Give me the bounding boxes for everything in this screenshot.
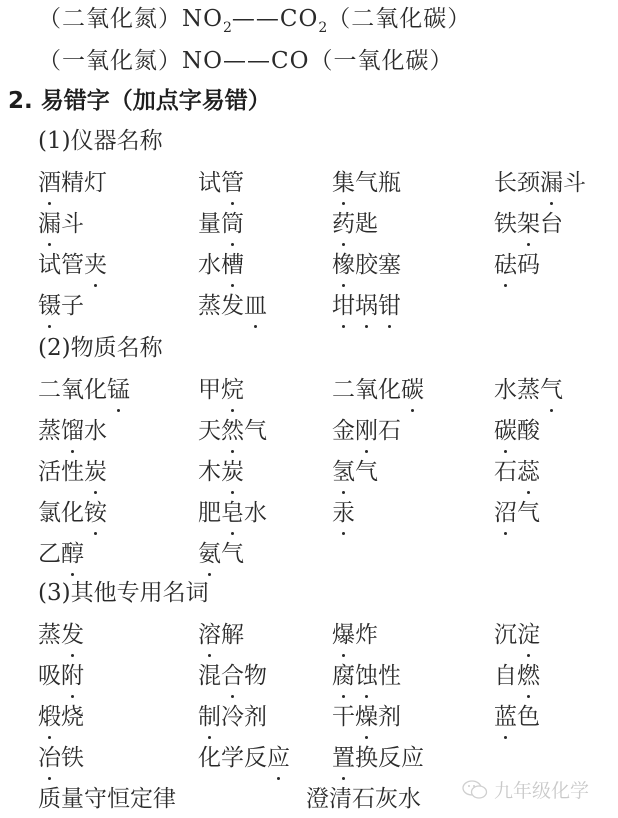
term: 自燃 [494, 661, 540, 691]
char: 蒸 [38, 620, 61, 650]
term: 氨气 [198, 539, 244, 569]
term: 二氧化锰 [38, 375, 130, 405]
term-row: 二氧化锰甲烷二氧化碳水蒸气 [38, 375, 618, 415]
term: 质量守恒定律 [38, 784, 176, 814]
char: 化 [198, 743, 221, 773]
dotted-char: 钳 [378, 291, 401, 321]
watermark: 九年级化学 [462, 776, 589, 803]
term: 化学反应 [198, 743, 290, 773]
char: 清 [329, 784, 352, 814]
char: 塞 [378, 250, 401, 280]
dotted-char: 炭 [221, 457, 244, 487]
dotted-char: 锰 [107, 375, 130, 405]
term: 甲烷 [198, 375, 244, 405]
term: 长颈漏斗 [494, 168, 586, 198]
subsection-title: (3)其他专用名词 [38, 578, 209, 608]
left-formula: NO [182, 6, 223, 32]
dotted-char: 发 [61, 620, 84, 650]
dotted-char: 埚 [355, 291, 378, 321]
dotted-char: 皿 [244, 291, 267, 321]
term: 冶铁 [38, 743, 84, 773]
dotted-char: 附 [61, 661, 84, 691]
dotted-char: 沼 [494, 498, 517, 528]
char: 蒸 [517, 375, 540, 405]
term: 木炭 [198, 457, 244, 487]
term-row: 氯化铵肥皂水汞沼气 [38, 498, 618, 538]
right-name: （二氧化碳） [327, 6, 471, 32]
dotted-char: 镊 [38, 291, 61, 321]
dotted-char: 置 [332, 743, 355, 773]
term: 澄清石灰水 [306, 784, 421, 814]
dotted-char: 蚀 [355, 661, 378, 691]
term: 水蒸气 [494, 375, 563, 405]
dotted-char: 馏 [61, 416, 84, 446]
term: 集气瓶 [332, 168, 401, 198]
term: 量筒 [198, 209, 244, 239]
char: 石 [352, 784, 375, 814]
dotted-char: 汞 [332, 498, 355, 528]
term: 爆炸 [332, 620, 378, 650]
char: 金 [332, 416, 355, 446]
term: 沉淀 [494, 620, 540, 650]
left-formula: NO [182, 48, 223, 74]
term: 碳酸 [494, 416, 540, 446]
term: 活性炭 [38, 457, 107, 487]
dotted-char: 溶 [198, 620, 221, 650]
dotted-char: 然 [221, 416, 244, 446]
term-row: 吸附混合物腐蚀性自燃 [38, 661, 618, 701]
char: 斗 [61, 209, 84, 239]
term: 砝码 [494, 250, 540, 280]
term: 汞 [332, 498, 355, 528]
dotted-char: 夹 [84, 250, 107, 280]
char: 氯 [38, 498, 61, 528]
char: 化 [61, 498, 84, 528]
char: 吸 [38, 661, 61, 691]
char: 沉 [494, 620, 517, 650]
term-row: 酒精灯试管集气瓶长颈漏斗 [38, 168, 618, 208]
dotted-char: 管 [221, 168, 244, 198]
char: 水 [494, 375, 517, 405]
char: 水 [84, 416, 107, 446]
right-name: （一氧化碳） [309, 48, 453, 74]
term-row: 镊子蒸发皿坩埚钳 [38, 291, 618, 331]
term-row: 试管夹水槽橡胶塞砝码 [38, 250, 618, 290]
char: 码 [517, 250, 540, 280]
term: 乙醇 [38, 539, 84, 569]
char: 炸 [355, 620, 378, 650]
term: 石蕊 [494, 457, 540, 487]
term: 制冷剂 [198, 702, 267, 732]
char: 氧 [61, 375, 84, 405]
term: 沼气 [494, 498, 540, 528]
dotted-char: 漏 [540, 168, 563, 198]
char: 气 [355, 168, 378, 198]
char: 自 [494, 661, 517, 691]
term: 金刚石 [332, 416, 401, 446]
term-row: 活性炭木炭氢气石蕊 [38, 457, 618, 497]
term-row: 蒸馏水天然气金刚石碳酸 [38, 416, 618, 456]
dash: —— [223, 48, 271, 74]
char: 气 [355, 457, 378, 487]
dotted-char: 筒 [221, 209, 244, 239]
left-name: （一氧化氮） [38, 48, 182, 74]
char: 学 [221, 743, 244, 773]
char: 天 [198, 416, 221, 446]
char: 管 [61, 250, 84, 280]
char: 量 [61, 784, 84, 814]
dotted-char: 澄 [306, 784, 329, 814]
term: 置换反应 [332, 743, 424, 773]
term: 铁架台 [494, 209, 563, 239]
formula-line-no: （一氧化氮）NO——CO（一氧化碳） [38, 46, 453, 76]
left-subscript: 2 [223, 20, 232, 36]
char: 甲 [198, 375, 221, 405]
char: 水 [244, 498, 267, 528]
char: 定 [130, 784, 153, 814]
term: 溶解 [198, 620, 244, 650]
term: 氢气 [332, 457, 378, 487]
char: 水 [398, 784, 421, 814]
char: 铁 [494, 209, 517, 239]
char: 肥 [198, 498, 221, 528]
section-heading: 2. 易错字（加点字易错） [8, 86, 271, 116]
dotted-char: 气 [540, 375, 563, 405]
char: 干 [332, 702, 355, 732]
term: 氯化铵 [38, 498, 107, 528]
term: 试管 [198, 168, 244, 198]
term: 干燥剂 [332, 702, 401, 732]
dotted-char: 燃 [517, 661, 540, 691]
term: 镊子 [38, 291, 84, 321]
char: 解 [221, 620, 244, 650]
char: 石 [378, 416, 401, 446]
char: 试 [38, 250, 61, 280]
term: 煅烧 [38, 702, 84, 732]
dotted-char: 架 [517, 209, 540, 239]
formula-line-no2: （二氧化氮）NO2——CO2（二氧化碳） [38, 4, 471, 43]
term-row: 漏斗量筒药匙铁架台 [38, 209, 618, 249]
char: 应 [401, 743, 424, 773]
term: 水槽 [198, 250, 244, 280]
watermark-text: 九年级化学 [494, 776, 589, 803]
term: 腐蚀性 [332, 661, 401, 691]
term: 蒸发皿 [198, 291, 267, 321]
term: 吸附 [38, 661, 84, 691]
char: 换 [355, 743, 378, 773]
dotted-char: 蓝 [494, 702, 517, 732]
right-formula: CO [280, 6, 318, 32]
dotted-char: 氢 [332, 457, 355, 487]
left-name: （二氧化氮） [38, 6, 182, 32]
char: 精 [61, 168, 84, 198]
term: 蒸馏水 [38, 416, 107, 446]
char: 烧 [61, 702, 84, 732]
dotted-char: 坩 [332, 291, 355, 321]
term: 天然气 [198, 416, 267, 446]
char: 色 [517, 702, 540, 732]
dotted-char: 碳 [401, 375, 424, 405]
dotted-char: 醇 [61, 539, 84, 569]
dotted-char: 集 [332, 168, 355, 198]
right-subscript: 2 [318, 20, 327, 36]
dotted-char: 碳 [494, 416, 517, 446]
dotted-char: 冶 [38, 743, 61, 773]
char: 混 [198, 661, 221, 691]
char: 气 [244, 416, 267, 446]
dotted-char: 橡 [332, 250, 355, 280]
char: 活 [38, 457, 61, 487]
char: 灰 [375, 784, 398, 814]
char: 剂 [244, 702, 267, 732]
dotted-char: 腐 [332, 661, 355, 691]
dotted-char: 合 [221, 661, 244, 691]
char: 律 [153, 784, 176, 814]
term: 橡胶塞 [332, 250, 401, 280]
dotted-char: 氨 [198, 539, 221, 569]
term: 漏斗 [38, 209, 84, 239]
term: 坩埚钳 [332, 291, 401, 321]
dotted-char: 蕊 [517, 457, 540, 487]
dotted-char: 应 [267, 743, 290, 773]
char: 化 [84, 375, 107, 405]
term: 药匙 [332, 209, 378, 239]
term-row: 煅烧制冷剂干燥剂蓝色 [38, 702, 618, 742]
term: 试管夹 [38, 250, 107, 280]
char: 试 [198, 168, 221, 198]
char: 灯 [84, 168, 107, 198]
dotted-char: 刚 [355, 416, 378, 446]
char: 台 [540, 209, 563, 239]
dotted-char: 炭 [84, 457, 107, 487]
char: 发 [221, 291, 244, 321]
term: 二氧化碳 [332, 375, 424, 405]
char: 二 [332, 375, 355, 405]
char: 木 [198, 457, 221, 487]
char: 水 [198, 250, 221, 280]
char: 子 [61, 291, 84, 321]
dotted-char: 煅 [38, 702, 61, 732]
char: 剂 [378, 702, 401, 732]
dotted-char: 爆 [332, 620, 355, 650]
char: 质 [38, 784, 61, 814]
char: 乙 [38, 539, 61, 569]
char: 反 [378, 743, 401, 773]
dotted-char: 皂 [221, 498, 244, 528]
char: 氧 [355, 375, 378, 405]
char: 守 [84, 784, 107, 814]
dotted-char: 酒 [38, 168, 61, 198]
char: 匙 [355, 209, 378, 239]
char: 瓶 [378, 168, 401, 198]
term: 混合物 [198, 661, 267, 691]
char: 物 [244, 661, 267, 691]
char: 长 [494, 168, 517, 198]
term: 蓝色 [494, 702, 540, 732]
char: 二 [38, 375, 61, 405]
dash: —— [232, 6, 280, 32]
dotted-char: 槽 [221, 250, 244, 280]
dotted-char: 药 [332, 209, 355, 239]
char: 蒸 [198, 291, 221, 321]
char: 气 [517, 498, 540, 528]
term: 肥皂水 [198, 498, 267, 528]
char: 化 [378, 375, 401, 405]
dotted-char: 铵 [84, 498, 107, 528]
term-row: 蒸发溶解爆炸沉淀 [38, 620, 618, 660]
char: 石 [494, 457, 517, 487]
wechat-icon [462, 780, 488, 800]
dotted-char: 漏 [38, 209, 61, 239]
char: 性 [378, 661, 401, 691]
char: 颈 [517, 168, 540, 198]
subsection-title: (1)仪器名称 [38, 126, 163, 156]
subsection-title: (2)物质名称 [38, 333, 163, 363]
char: 铁 [61, 743, 84, 773]
dotted-char: 制 [198, 702, 221, 732]
term: 蒸发 [38, 620, 84, 650]
char: 冷 [221, 702, 244, 732]
char: 蒸 [38, 416, 61, 446]
char: 酸 [517, 416, 540, 446]
dotted-char: 燥 [355, 702, 378, 732]
dotted-char: 砝 [494, 250, 517, 280]
char: 斗 [563, 168, 586, 198]
char: 反 [244, 743, 267, 773]
char: 气 [221, 539, 244, 569]
char: 性 [61, 457, 84, 487]
dotted-char: 恒 [107, 784, 130, 814]
right-formula: CO [271, 48, 309, 74]
dotted-char: 烷 [221, 375, 244, 405]
term: 酒精灯 [38, 168, 107, 198]
dotted-char: 淀 [517, 620, 540, 650]
char: 胶 [355, 250, 378, 280]
term-row: 乙醇氨气 [38, 539, 618, 579]
char: 量 [198, 209, 221, 239]
